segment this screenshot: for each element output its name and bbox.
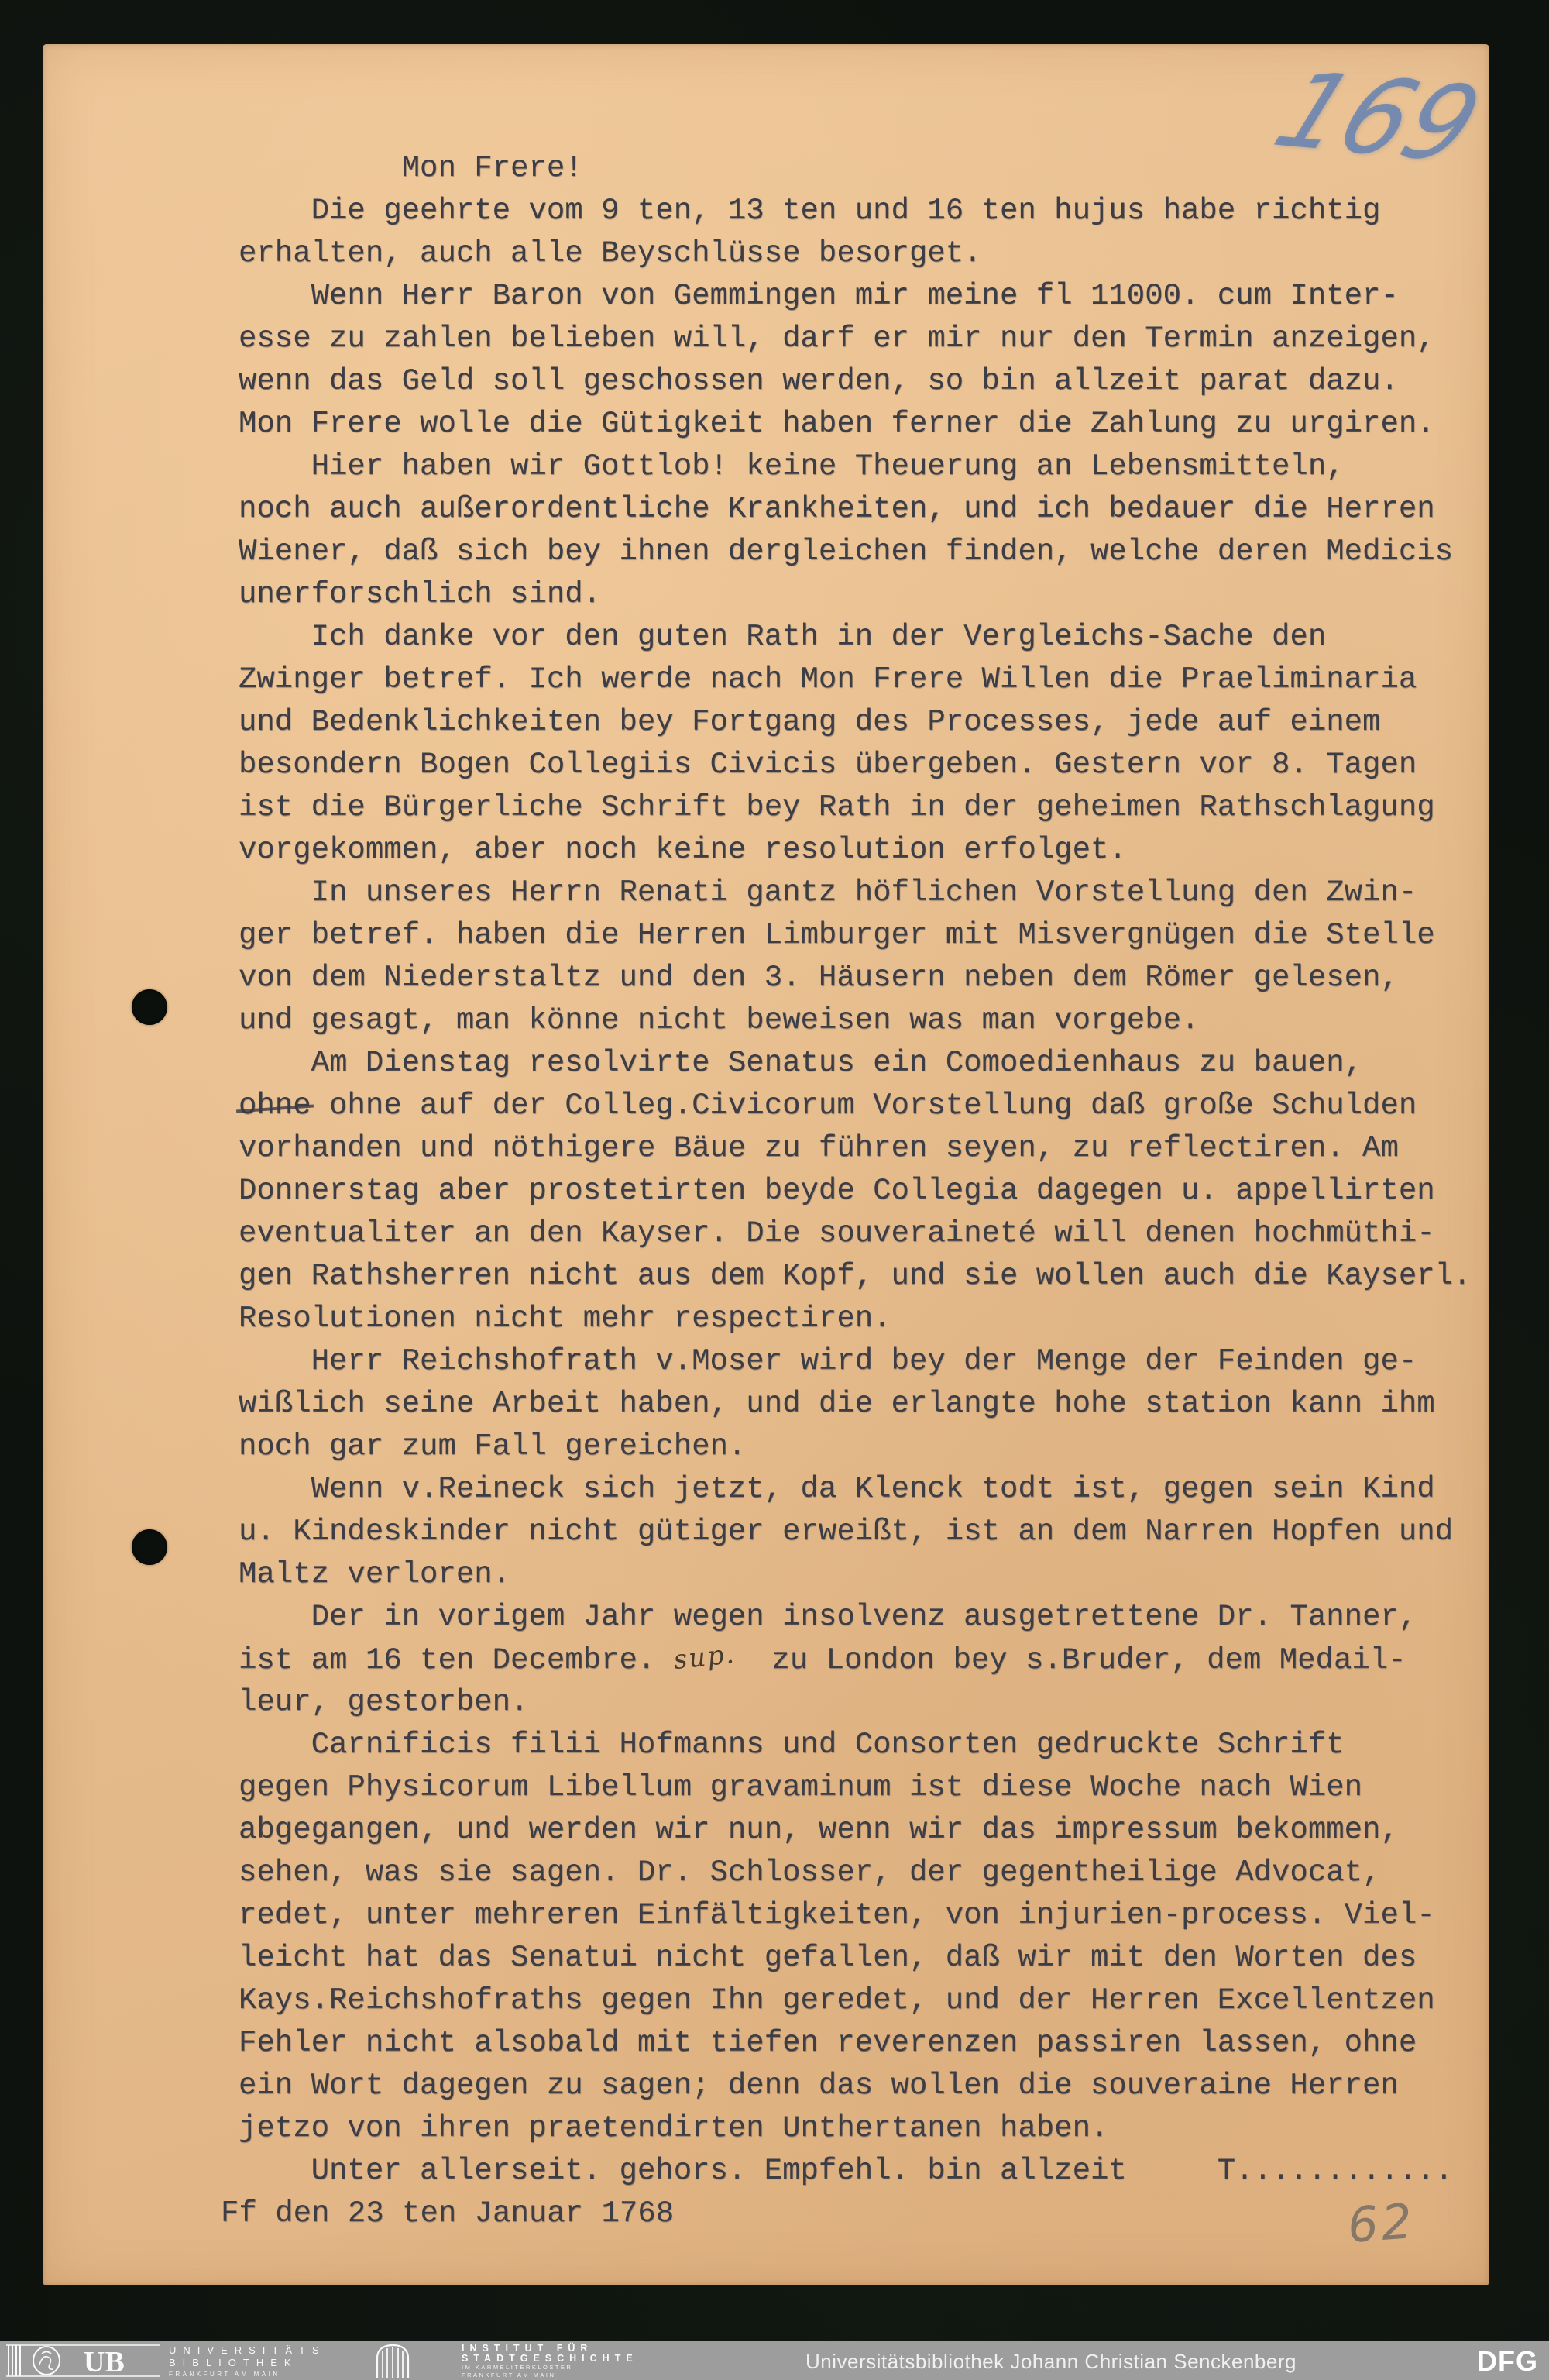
letter-line: sehen, was sie sagen. Dr. Schlosser, der… bbox=[239, 1852, 1471, 1894]
typewritten-text: esse zu zahlen belieben will, darf er mi… bbox=[239, 322, 1435, 356]
letter-line: erhalten, auch alle Beyschlüsse besorget… bbox=[239, 232, 1471, 275]
typewritten-text: und gesagt, man könne nicht beweisen was… bbox=[239, 1003, 1199, 1037]
typewritten-text: gen Rathsherren nicht aus dem Kopf, und … bbox=[239, 1259, 1471, 1293]
letter-line: Maltz verloren. bbox=[239, 1553, 1471, 1596]
letter-line: leur, gestorben. bbox=[239, 1681, 1471, 1724]
letter-page: 169 Mon Frere! Die geehrte vom 9 ten, 13… bbox=[43, 44, 1489, 2285]
letter-line: redet, unter mehreren Einfältigkeiten, v… bbox=[239, 1894, 1471, 1937]
typewritten-text: unerforschlich sind. bbox=[239, 577, 601, 611]
typewritten-text: Ich danke vor den guten Rath in der Verg… bbox=[239, 620, 1326, 654]
typewritten-text: ein Wort dagegen zu sagen; denn das woll… bbox=[239, 2069, 1399, 2103]
typewritten-text: erhalten, auch alle Beyschlüsse besorget… bbox=[239, 236, 982, 270]
letter-line: wißlich seine Arbeit haben, und die erla… bbox=[239, 1383, 1471, 1426]
letter-line: Mon Frere! bbox=[239, 147, 1471, 190]
ub-logo-icon: UB bbox=[6, 2343, 161, 2378]
letter-line: Donnerstag aber prostetirten beyde Colle… bbox=[239, 1170, 1471, 1212]
typewritten-text: Am Dienstag resolvirte Senatus ein Comoe… bbox=[239, 1046, 1362, 1080]
isg-line-4: FRANKFURT AM MAIN bbox=[462, 2371, 638, 2379]
ub-line-3: FRANKFURT AM MAIN bbox=[169, 2371, 326, 2378]
typewritten-text: Donnerstag aber prostetirten beyde Colle… bbox=[239, 1174, 1435, 1208]
letter-line: ohne ohne auf der Colleg.Civicorum Vorst… bbox=[239, 1085, 1471, 1127]
typewritten-text: ohne auf der Colleg.Civicorum Vorstellun… bbox=[311, 1089, 1417, 1123]
letter-line: Wenn Herr Baron von Gemmingen mir meine … bbox=[239, 275, 1471, 318]
typewritten-text: Carnificis filii Hofmanns und Consorten … bbox=[239, 1728, 1345, 1762]
isg-line-3: IM KARMELITERKLOSTER bbox=[462, 2364, 638, 2371]
gothic-arch-icon bbox=[373, 2343, 412, 2378]
typewritten-text: Fehler nicht alsobald mit tiefen reveren… bbox=[239, 2026, 1417, 2060]
typewritten-text: Wiener, daß sich bey ihnen dergleichen f… bbox=[239, 535, 1453, 569]
typewritten-text: Wenn v.Reineck sich jetzt, da Klenck tod… bbox=[239, 1472, 1435, 1506]
letter-line: jetzo von ihren praetendirten Unthertane… bbox=[239, 2107, 1471, 2150]
punch-hole-bottom bbox=[132, 1529, 167, 1565]
letter-line: Hier haben wir Gottlob! keine Theuerung … bbox=[239, 445, 1471, 488]
letter-line: von dem Niederstaltz und den 3. Häusern … bbox=[239, 957, 1471, 999]
typewritten-text: redet, unter mehreren Einfältigkeiten, v… bbox=[239, 1898, 1435, 1932]
letter-line: Mon Frere wolle die Gütigkeit haben fern… bbox=[239, 403, 1471, 445]
typewritten-text: vorhanden und nöthigere Bäue zu führen s… bbox=[239, 1131, 1399, 1165]
letter-line: Herr Reichshofrath v.Moser wird bey der … bbox=[239, 1340, 1471, 1383]
letter-line: ist am 16 ten Decembre. sup. zu London b… bbox=[239, 1639, 1471, 1681]
letter-line: vorhanden und nöthigere Bäue zu führen s… bbox=[239, 1127, 1471, 1170]
typewritten-text: ger betref. haben die Herren Limburger m… bbox=[239, 918, 1435, 952]
typewritten-text: ist am 16 ten Decembre. bbox=[239, 1643, 674, 1677]
letter-line: esse zu zahlen belieben will, darf er mi… bbox=[239, 318, 1471, 360]
typewritten-text: Die geehrte vom 9 ten, 13 ten und 16 ten… bbox=[239, 194, 1380, 228]
typewritten-text: abgegangen, und werden wir nun, wenn wir… bbox=[239, 1813, 1399, 1847]
typewritten-text: u. Kindeskinder nicht gütiger erweißt, i… bbox=[239, 1515, 1453, 1549]
typewritten-text: Wenn Herr Baron von Gemmingen mir meine … bbox=[239, 279, 1399, 313]
institut-stadtgeschichte-logo bbox=[373, 2343, 412, 2380]
typewritten-text: Zwinger betref. Ich werde nach Mon Frere… bbox=[239, 662, 1417, 696]
letter-line: und gesagt, man könne nicht beweisen was… bbox=[239, 999, 1471, 1042]
letter-line: Der in vorigem Jahr wegen insolvenz ausg… bbox=[239, 1596, 1471, 1639]
typewritten-text: eventualiter an den Kayser. Die souverai… bbox=[239, 1216, 1435, 1250]
ub-library-wordmark: UNIVERSITÄTS BIBLIOTHEK FRANKFURT AM MAI… bbox=[169, 2344, 326, 2378]
ub-library-logo: UB bbox=[6, 2343, 161, 2380]
letter-line: Am Dienstag resolvirte Senatus ein Comoe… bbox=[239, 1042, 1471, 1085]
letter-line: wenn das Geld soll geschossen werden, so… bbox=[239, 360, 1471, 403]
typewritten-text: leicht hat das Senatui nicht gefallen, d… bbox=[239, 1941, 1417, 1975]
letter-line: Kays.Reichshofraths gegen Ihn geredet, u… bbox=[239, 1979, 1471, 2022]
typewritten-text: wißlich seine Arbeit haben, und die erla… bbox=[239, 1387, 1435, 1421]
handwritten-page-number: 62 bbox=[1346, 2193, 1417, 2254]
typewritten-text: und Bedenklichkeiten bey Fortgang des Pr… bbox=[239, 705, 1380, 739]
letter-line: vorgekommen, aber noch keine resolution … bbox=[239, 829, 1471, 872]
typewritten-text: In unseres Herrn Renati gantz höflichen … bbox=[239, 875, 1417, 910]
typewritten-text: von dem Niederstaltz und den 3. Häusern … bbox=[239, 961, 1399, 995]
typewritten-text: Kays.Reichshofraths gegen Ihn geredet, u… bbox=[239, 1983, 1435, 2017]
isg-line-2: STADTGESCHICHTE bbox=[462, 2354, 638, 2364]
letter-lines: Mon Frere! Die geehrte vom 9 ten, 13 ten… bbox=[239, 147, 1471, 2235]
letter-line: unerforschlich sind. bbox=[239, 573, 1471, 616]
dfg-logo: DFG bbox=[1477, 2345, 1538, 2378]
typewritten-text: Hier haben wir Gottlob! keine Theuerung … bbox=[239, 449, 1345, 483]
punch-hole-top bbox=[132, 989, 167, 1025]
letter-line: Carnificis filii Hofmanns und Consorten … bbox=[239, 1724, 1471, 1766]
letter-line: Wenn v.Reineck sich jetzt, da Klenck tod… bbox=[239, 1468, 1471, 1511]
handwritten-insertion: sup. bbox=[671, 1633, 737, 1682]
letter-line: besondern Bogen Collegiis Civicis überge… bbox=[239, 744, 1471, 786]
letter-line: noch auch außerordentliche Krankheiten, … bbox=[239, 488, 1471, 531]
letter-line: Ich danke vor den guten Rath in der Verg… bbox=[239, 616, 1471, 659]
institut-stadtgeschichte-wordmark: INSTITUT FÜR STADTGESCHICHTE IM KARMELIT… bbox=[462, 2344, 638, 2378]
footer-bar: UB UNIVERSITÄTS BIBLIOTHEK FRANKFURT AM … bbox=[0, 2341, 1549, 2380]
typewritten-text: zu London bey s.Bruder, dem Medail- bbox=[736, 1643, 1406, 1677]
typewritten-text: wenn das Geld soll geschossen werden, so… bbox=[239, 364, 1399, 398]
typewritten-text: Mon Frere! bbox=[239, 151, 583, 185]
letter-line: Die geehrte vom 9 ten, 13 ten und 16 ten… bbox=[239, 190, 1471, 232]
letter-line: Resolutionen nicht mehr respectiren. bbox=[239, 1298, 1471, 1340]
scan-background: 169 Mon Frere! Die geehrte vom 9 ten, 13… bbox=[0, 0, 1549, 2380]
typewritten-text: sehen, was sie sagen. Dr. Schlosser, der… bbox=[239, 1856, 1380, 1890]
typewritten-text: vorgekommen, aber noch keine resolution … bbox=[239, 833, 1127, 867]
letter-line: ist die Bürgerliche Schrift bey Rath in … bbox=[239, 786, 1471, 829]
ub-line-1: UNIVERSITÄTS bbox=[169, 2344, 326, 2357]
typewritten-text: gegen Physicorum Libellum gravaminum ist… bbox=[239, 1770, 1362, 1804]
letter-line: Zwinger betref. Ich werde nach Mon Frere… bbox=[239, 659, 1471, 701]
typewritten-text: Ff den 23 ten Januar 1768 bbox=[221, 2196, 674, 2230]
letter-line: Wiener, daß sich bey ihnen dergleichen f… bbox=[239, 531, 1471, 573]
letter-line: Fehler nicht alsobald mit tiefen reveren… bbox=[239, 2022, 1471, 2065]
typewritten-text: Maltz verloren. bbox=[239, 1557, 510, 1591]
typewritten-text: Unter allerseit. gehors. Empfehl. bin al… bbox=[239, 2154, 1453, 2188]
letter-line: In unseres Herrn Renati gantz höflichen … bbox=[239, 872, 1471, 914]
letter-line: Ff den 23 ten Januar 1768 bbox=[221, 2193, 1471, 2235]
letter-line: ein Wort dagegen zu sagen; denn das woll… bbox=[239, 2065, 1471, 2107]
typewritten-text: besondern Bogen Collegiis Civicis überge… bbox=[239, 748, 1417, 782]
letter-line: Unter allerseit. gehors. Empfehl. bin al… bbox=[239, 2150, 1471, 2193]
library-credit-text: Universitätsbibliothek Johann Christian … bbox=[805, 2350, 1297, 2374]
letter-line: u. Kindeskinder nicht gütiger erweißt, i… bbox=[239, 1511, 1471, 1553]
letter-line: noch gar zum Fall gereichen. bbox=[239, 1426, 1471, 1468]
letter-line: eventualiter an den Kayser. Die souverai… bbox=[239, 1212, 1471, 1255]
typewritten-text: Der in vorigem Jahr wegen insolvenz ausg… bbox=[239, 1600, 1417, 1634]
letter-line: leicht hat das Senatui nicht gefallen, d… bbox=[239, 1937, 1471, 1979]
struck-word: ohne bbox=[239, 1085, 311, 1127]
typewritten-text: Herr Reichshofrath v.Moser wird bey der … bbox=[239, 1344, 1417, 1378]
letter-line: ger betref. haben die Herren Limburger m… bbox=[239, 914, 1471, 957]
typewritten-text: leur, gestorben. bbox=[239, 1685, 528, 1719]
typewritten-text: Resolutionen nicht mehr respectiren. bbox=[239, 1302, 891, 1336]
ub-line-2: BIBLIOTHEK bbox=[169, 2357, 326, 2369]
typewritten-text: noch auch außerordentliche Krankheiten, … bbox=[239, 492, 1435, 526]
typewritten-text: noch gar zum Fall gereichen. bbox=[239, 1429, 746, 1463]
typewritten-text: Mon Frere wolle die Gütigkeit haben fern… bbox=[239, 407, 1435, 441]
letter-line: und Bedenklichkeiten bey Fortgang des Pr… bbox=[239, 701, 1471, 744]
typewritten-text: jetzo von ihren praetendirten Unthertane… bbox=[239, 2111, 1108, 2145]
letter-line: gen Rathsherren nicht aus dem Kopf, und … bbox=[239, 1255, 1471, 1298]
typewritten-text: ist die Bürgerliche Schrift bey Rath in … bbox=[239, 790, 1435, 824]
svg-text:UB: UB bbox=[84, 2346, 125, 2378]
letter-line: abgegangen, und werden wir nun, wenn wir… bbox=[239, 1809, 1471, 1852]
letter-line: gegen Physicorum Libellum gravaminum ist… bbox=[239, 1766, 1471, 1809]
